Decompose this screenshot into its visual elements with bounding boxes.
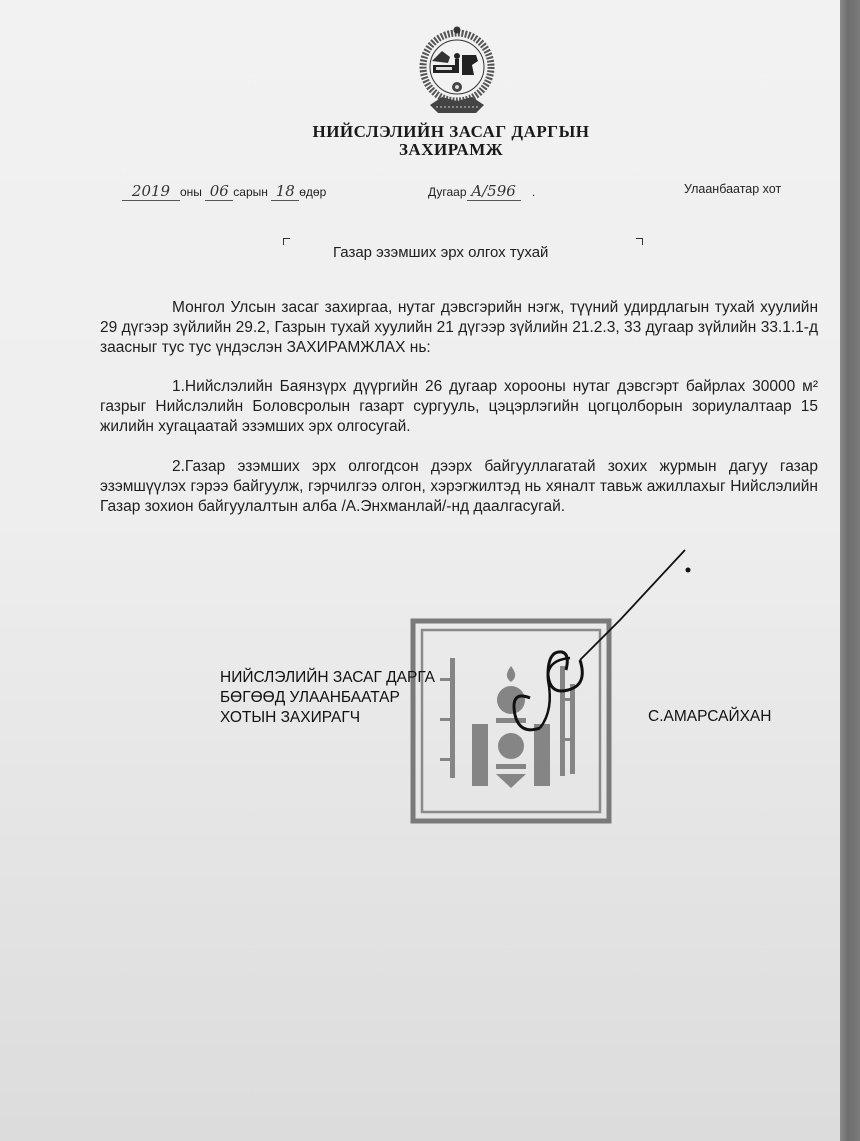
subject-block: Газар эзэмших эрх олгох тухай — [283, 238, 643, 262]
date-month: 06 — [205, 182, 233, 201]
signatory-title: НИЙСЛЭЛИЙН ЗАСАГ ДАРГА БӨГӨӨД УЛААНБААТА… — [220, 668, 435, 728]
paragraph-text: 1.Нийслэлийн Баянзүрх дүүргийн 26 дугаар… — [100, 378, 818, 435]
order-item-1: 1.Нийслэлийн Баянзүрх дүүргийн 26 дугаар… — [100, 377, 818, 437]
paragraph-text: 2.Газар эзэмших эрх олгогдсон дээрх байг… — [100, 458, 818, 515]
signature-icon — [470, 540, 710, 770]
document-page: НИЙСЛЭЛИЙН ЗАСАГ ДАРГЫН ЗАХИРАМЖ 2019оны… — [0, 0, 842, 1141]
date-year: 2019 — [122, 182, 180, 201]
date-field: 2019оны 06сарын 18өдөр — [122, 182, 326, 201]
document-number-period: . — [532, 185, 535, 199]
document-number-label: Дугаар — [428, 185, 467, 199]
document-header-line1: НИЙСЛЭЛИЙН ЗАСАГ ДАРГЫН — [30, 122, 860, 142]
document-place: Улаанбаатар хот — [684, 182, 781, 196]
state-emblem-icon — [412, 25, 502, 120]
signatory-title-line2: БӨГӨӨД УЛААНБААТАР — [220, 688, 435, 708]
signatory-name: С.АМАРСАЙХАН — [648, 708, 771, 726]
document-subject: Газар эзэмших эрх олгох тухай — [333, 244, 548, 261]
signatory-title-line3: ХОТЫН ЗАХИРАГЧ — [220, 708, 435, 728]
corner-mark-icon — [283, 238, 290, 245]
date-month-suffix: сарын — [233, 185, 268, 199]
background-surface — [840, 0, 860, 1141]
corner-mark-icon — [636, 238, 643, 245]
document-header-line2: ЗАХИРАМЖ — [30, 140, 860, 160]
order-item-2: 2.Газар эзэмших эрх олгогдсон дээрх байг… — [100, 457, 818, 517]
signatory-title-line1: НИЙСЛЭЛИЙН ЗАСАГ ДАРГА — [220, 668, 435, 688]
preamble-paragraph: Монгол Улсын засаг захиргаа, нутаг дэвсг… — [100, 298, 818, 358]
document-number-field: ДугаарA/596 . — [428, 182, 535, 201]
date-day: 18 — [271, 182, 299, 201]
document-number: A/596 — [467, 182, 521, 201]
date-year-suffix: оны — [180, 185, 202, 199]
paragraph-text: Монгол Улсын засаг захиргаа, нутаг дэвсг… — [100, 299, 818, 356]
date-day-suffix: өдөр — [299, 185, 326, 199]
